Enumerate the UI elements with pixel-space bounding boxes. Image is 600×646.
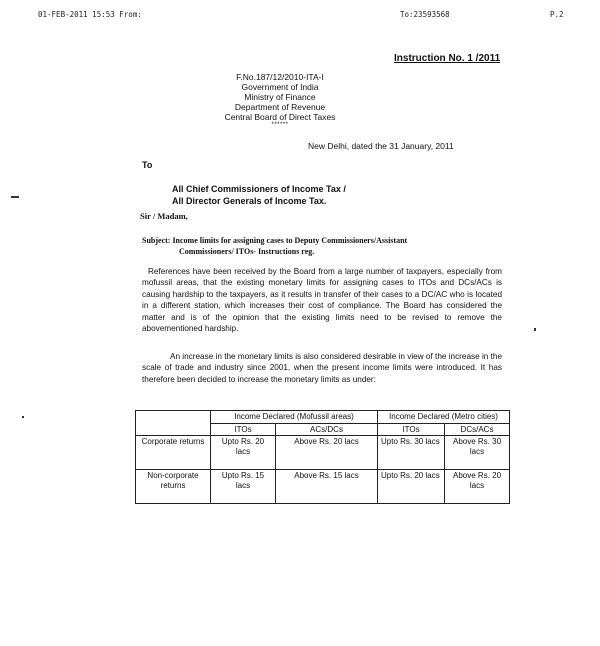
table-row: Corporate returns Upto Rs. 20 lacs Above… bbox=[136, 436, 510, 470]
row-label: Non-corporate returns bbox=[136, 470, 211, 504]
table-cell: Above Rs. 20 lacs bbox=[445, 470, 510, 504]
fax-page-number: P.2 bbox=[550, 10, 564, 19]
salutation: Sir / Madam, bbox=[140, 211, 188, 221]
table-subheader: ITOs bbox=[378, 423, 445, 436]
table-cell: Upto Rs. 30 lacs bbox=[378, 436, 445, 470]
office-line: Department of Revenue bbox=[215, 102, 345, 112]
table-cell: Above Rs. 30 lacs bbox=[445, 436, 510, 470]
fax-header: 01-FEB-2011 15:53 From: To:23593568 P.2 bbox=[0, 10, 600, 24]
office-line: Government of India bbox=[215, 82, 345, 92]
scan-artifact bbox=[534, 328, 536, 331]
table-group-header: Income Declared (Metro cities) bbox=[378, 411, 510, 424]
addressee: All Chief Commissioners of Income Tax / bbox=[172, 183, 346, 195]
table-cell: Upto Rs. 20 lacs bbox=[211, 436, 276, 470]
paragraph: References have been received by the Boa… bbox=[142, 266, 502, 334]
fax-recipient: To:23593568 bbox=[400, 10, 450, 19]
scan-artifact bbox=[11, 196, 19, 198]
dateline: New Delhi, dated the 31 January, 2011 bbox=[308, 141, 454, 151]
table-subheader: DCs/ACs bbox=[445, 423, 510, 436]
table-group-header: Income Declared (Mofussil areas) bbox=[211, 411, 378, 424]
office-line: Central Board of Direct Taxes bbox=[215, 112, 345, 122]
file-number: F.No.187/12/2010-ITA-I bbox=[215, 72, 345, 82]
fax-timestamp: 01-FEB-2011 15:53 From: bbox=[38, 10, 142, 19]
table-subheader: ITOs bbox=[211, 423, 276, 436]
office-line: Ministry of Finance bbox=[215, 92, 345, 102]
subject-line: Commissioners/ ITOs- Instructions reg. bbox=[142, 246, 512, 257]
office-block: F.No.187/12/2010-ITA-I Government of Ind… bbox=[215, 72, 345, 128]
table-subheader: ACs/DCs bbox=[276, 423, 378, 436]
table-cell: Above Rs. 20 lacs bbox=[276, 436, 378, 470]
row-label: Corporate returns bbox=[136, 436, 211, 470]
separator: ****** bbox=[215, 122, 345, 128]
table-corner-cell bbox=[136, 411, 211, 436]
paragraph: An increase in the monetary limits is al… bbox=[142, 351, 502, 385]
to-label: To bbox=[142, 160, 152, 170]
table-cell: Above Rs. 15 lacs bbox=[276, 470, 378, 504]
instruction-number: Instruction No. 1 /2011 bbox=[394, 53, 500, 64]
subject: Subject: Income limits for assigning cas… bbox=[142, 235, 512, 257]
table-header-row: Income Declared (Mofussil areas) Income … bbox=[136, 411, 510, 424]
addressees: All Chief Commissioners of Income Tax / … bbox=[172, 183, 346, 207]
table-cell: Upto Rs. 15 lacs bbox=[211, 470, 276, 504]
scan-artifact bbox=[22, 416, 24, 418]
limits-table: Income Declared (Mofussil areas) Income … bbox=[135, 410, 510, 504]
subject-line: Subject: Income limits for assigning cas… bbox=[142, 236, 407, 245]
table-cell: Upto Rs. 20 lacs bbox=[378, 470, 445, 504]
addressee: All Director Generals of Income Tax. bbox=[172, 195, 346, 207]
table-row: Non-corporate returns Upto Rs. 15 lacs A… bbox=[136, 470, 510, 504]
